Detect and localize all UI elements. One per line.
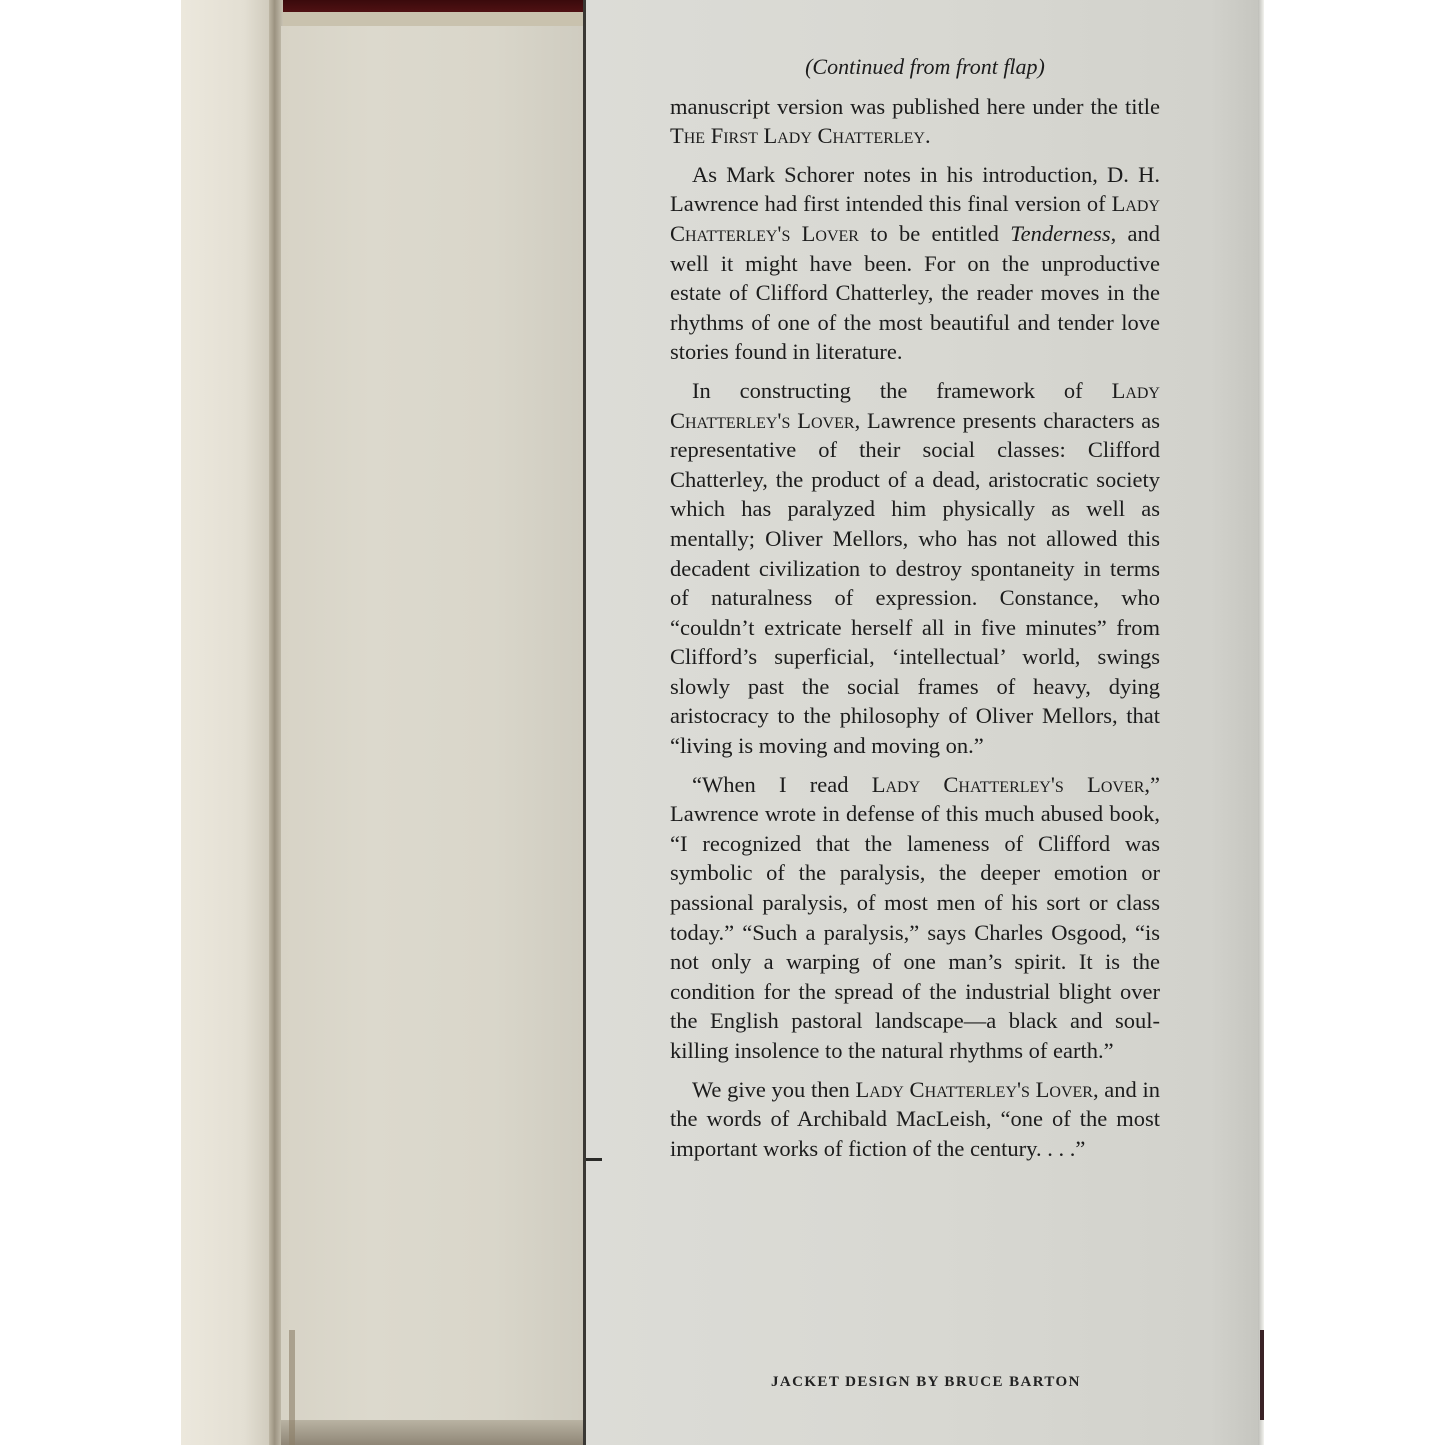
jacket-design-credit: Jacket design by Bruce Barton — [771, 1374, 1191, 1391]
book-photo: (Continued from front flap) manuscript v… — [181, 0, 1264, 1445]
book-title: Lady Chatterley's Lover — [872, 772, 1145, 797]
paragraph-text: We give you then — [692, 1077, 855, 1102]
flap-paragraph: In constructing the framework of Lady Ch… — [670, 376, 1160, 761]
book-title: Lady Chatterley's Lover — [855, 1077, 1093, 1102]
paragraph-text: In constructing the framework of — [692, 378, 1112, 403]
left-endpaper — [181, 0, 271, 1445]
flap-paragraphs: manuscript version was published here un… — [670, 92, 1160, 1164]
flap-paragraph: manuscript version was published here un… — [670, 92, 1160, 151]
paragraph-text: . — [925, 123, 931, 148]
flap-paragraph: As Mark Schorer notes in his introductio… — [670, 160, 1160, 367]
flap-copy: (Continued from front flap) manuscript v… — [670, 52, 1160, 1172]
paragraph-text: “When I read — [692, 772, 872, 797]
flap-corner-shadow — [1260, 1330, 1264, 1420]
flap-paragraph: We give you then Lady Chatterley's Lover… — [670, 1075, 1160, 1164]
paragraph-text: manuscript version was published here un… — [670, 94, 1160, 119]
book-title: The First Lady Chatterley — [670, 123, 925, 148]
page-fold-line — [289, 1330, 295, 1445]
page-bottom-shadow — [281, 1420, 584, 1445]
paragraph-text: ,” Lawrence wrote in defense of this muc… — [670, 772, 1160, 1063]
flap-right-edge — [1258, 0, 1264, 1445]
italic-title: Tenderness — [1010, 221, 1110, 246]
paragraph-text: , Lawrence presents characters as repres… — [670, 408, 1160, 759]
middle-page — [281, 26, 584, 1445]
paragraph-text: As Mark Schorer notes in his introductio… — [670, 162, 1160, 217]
printer-tick-mark — [586, 1158, 602, 1161]
paragraph-text: to be entitled — [859, 221, 1010, 246]
continued-header: (Continued from front flap) — [670, 52, 1160, 82]
flap-paragraph: “When I read Lady Chatterley's Lover,” L… — [670, 770, 1160, 1066]
jacket-back-flap: (Continued from front flap) manuscript v… — [586, 0, 1264, 1445]
